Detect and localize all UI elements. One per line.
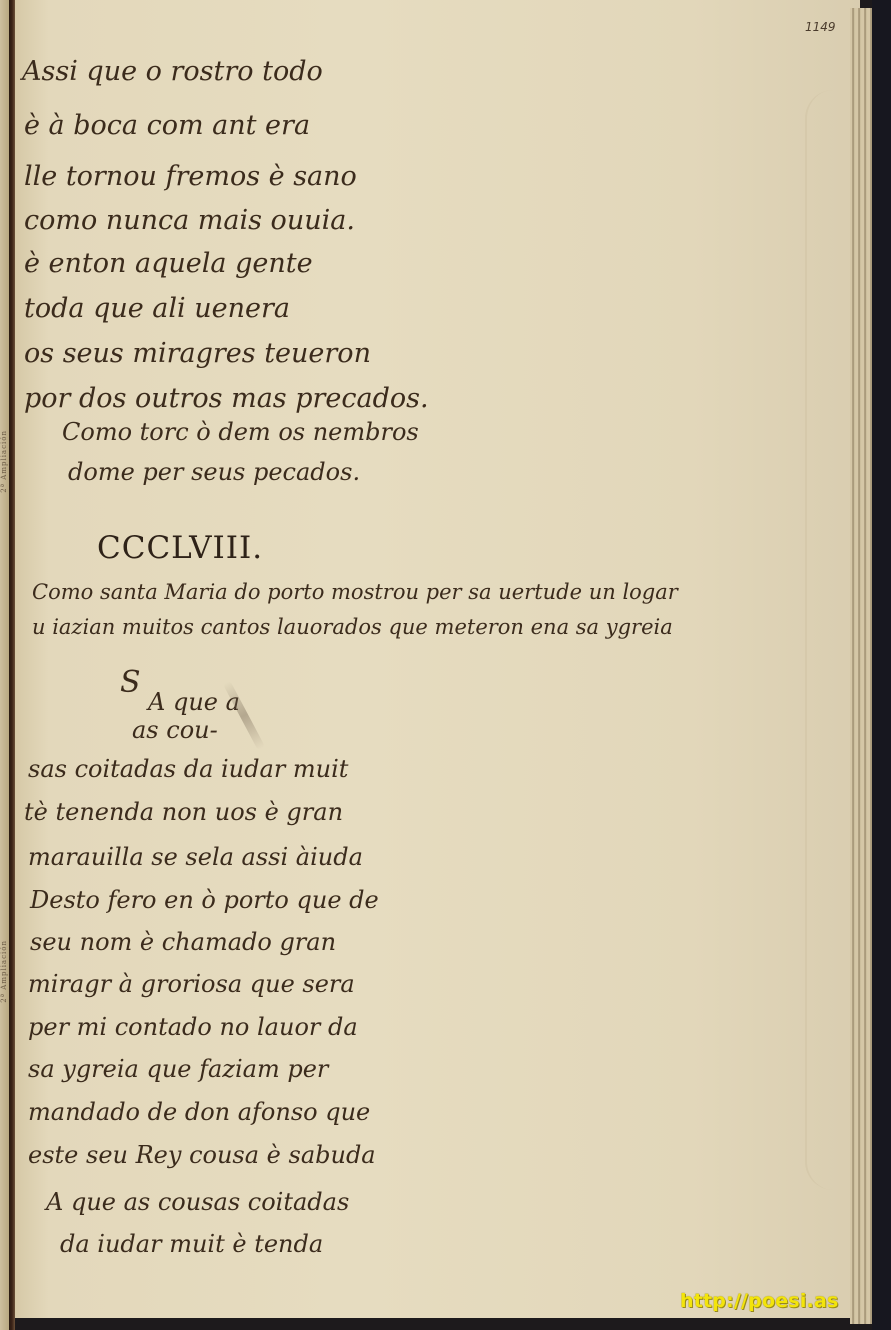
- verse-line: como nunca mais ouuia.: [24, 207, 355, 234]
- verse-line: per mi contado no lauor da: [28, 1015, 358, 1039]
- page-stack-edges: [850, 8, 872, 1324]
- verse-line: mandado de don afonso que: [28, 1100, 370, 1124]
- spine-label: 2ª Ampliación: [0, 430, 9, 493]
- verse-line: seu nom è chamado gran: [30, 930, 336, 954]
- verse-line: por dos outros mas precados.: [24, 385, 429, 412]
- initial-letter: S: [120, 668, 141, 698]
- verse-line: as cou-: [132, 718, 218, 742]
- folio-number: 1149: [805, 20, 836, 34]
- manuscript-scan: 2ª Ampliación 2ª Ampliación 1149 Assi qu…: [0, 0, 891, 1330]
- source-watermark-link: http://poesi.as: [680, 1290, 838, 1312]
- scan-background: [872, 0, 891, 1330]
- refrain-line: da iudar muit è tenda: [60, 1232, 323, 1256]
- rubric-line: Como torc ò dem os nembros: [62, 420, 419, 444]
- rubric-line: dome per seus pecados.: [68, 460, 360, 484]
- facing-page-edge: 2ª Ampliación 2ª Ampliación: [0, 0, 9, 1330]
- verse-line: marauilla se sela assi àiuda: [28, 845, 363, 869]
- verse-line: toda que ali uenera: [24, 295, 290, 322]
- spine-label: 2ª Ampliación: [0, 940, 9, 1003]
- verse-line: Assi que o rostro todo: [22, 58, 323, 85]
- refrain-line: A que as cousas coitadas: [46, 1190, 349, 1214]
- cantiga-number: CCCLVIII.: [97, 530, 263, 566]
- verse-line: A que a: [148, 690, 240, 714]
- verse-line: tè tenenda non uos è gran: [24, 800, 343, 824]
- verse-line: lle tornou fremos è sano: [24, 163, 357, 190]
- verse-line: os seus miragres teueron: [24, 340, 371, 367]
- verse-line: este seu Rey cousa è sabuda: [28, 1143, 376, 1167]
- verse-line: miragr à groriosa que sera: [28, 972, 355, 996]
- rubric-line: Como santa Maria do porto mostrou per sa…: [32, 582, 678, 603]
- verse-line: sas coitadas da iudar muit: [28, 757, 348, 781]
- verse-line: sa ygreia que faziam per: [28, 1057, 328, 1081]
- verse-line: è enton aquela gente: [24, 250, 313, 277]
- verse-line: Desto fero en ò porto que de: [30, 888, 379, 912]
- verse-line: è à boca com ant era: [24, 112, 310, 139]
- rubric-line: u iazian muitos cantos lauorados que met…: [32, 617, 673, 638]
